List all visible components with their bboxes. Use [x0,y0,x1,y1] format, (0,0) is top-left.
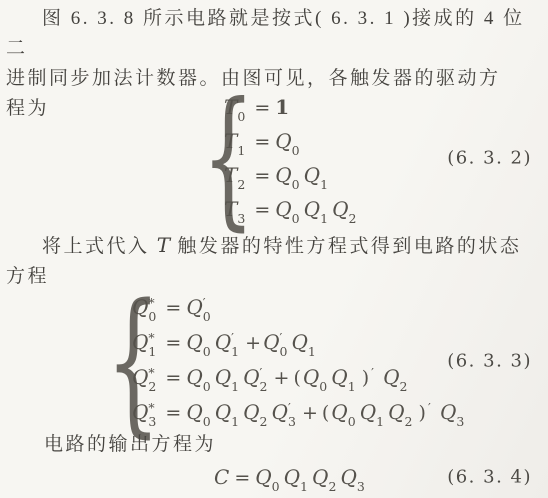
math-token: + [302,402,318,424]
equation-number-633: (6. 3. 3) [447,351,532,372]
math-supsub: 2 [348,200,358,224]
math-supsub: ′1 [231,333,241,357]
equation-line: Q*3=Q0Q1Q2Q′3+(Q0Q1Q2)′Q3 [132,395,548,430]
math-supsub: 0 [203,403,213,427]
equation-number-632: (6. 3. 2) [447,148,532,169]
math-token: Q [272,400,288,424]
math-token: Q [263,330,279,354]
math-token: Q [186,365,202,389]
math-supsub: 3 [456,403,466,427]
math-token: C [214,465,229,489]
math-token: Q [304,163,320,187]
equation-line: C=Q0Q1Q2Q3 [214,460,369,494]
equation-line: Q*0=Q′0 [132,290,548,325]
textbook-page: 图 6. 3. 8 所示电路就是按式( 6. 3. 1 )接成的 4 位二 进制… [0,0,548,498]
math-supsub: *1 [148,333,158,357]
math-token: Q [331,400,347,424]
math-token: Q [340,465,356,489]
math-supsub: 1 [320,200,330,224]
math-supsub: *0 [148,298,158,322]
math-supsub: 0 [348,403,358,427]
math-token: = [165,332,181,354]
math-token: Q [215,365,231,389]
math-supsub: 0 [203,368,213,392]
math-token: ) [419,402,426,424]
math-supsub: *2 [148,368,158,392]
math-supsub: ′0 [279,333,289,357]
equation-line: T0=1 [224,90,548,124]
math-supsub: 2 [237,166,247,190]
paragraph-line: 方程 [6,262,542,292]
paragraph-output: 电路的输出方程为 [44,430,542,460]
equation-number-634: (6. 3. 4) [447,467,532,488]
math-token: + [245,332,261,354]
math-supsub: 0 [203,333,213,357]
math-token: Q [303,365,319,389]
math-supsub: 3 [237,200,247,224]
equation-line: T3=Q0Q1Q2 [224,192,548,226]
math-token: T [224,129,237,153]
math-token: Q [304,197,320,221]
math-token: Q [331,365,347,389]
math-token: = [254,165,270,187]
math-supsub: 1 [320,166,330,190]
math-token: ( [293,367,300,389]
math-supsub: 0 [319,368,329,392]
math-token: Q [383,365,399,389]
math-token: Q [132,400,148,424]
math-supsub: 3 [357,468,367,492]
math-token: ( [322,402,329,424]
math-token: Q [243,365,259,389]
math-supsub: 2 [328,468,338,492]
math-token: = [165,367,181,389]
math-token: T [224,163,237,187]
math-token: Q [132,365,148,389]
math-supsub: 2 [405,403,415,427]
math-token: Q [360,400,376,424]
math-token: Q [275,129,291,153]
math-supsub: 1 [231,403,241,427]
math-token: 1 [275,95,289,119]
math-token: T [224,197,237,221]
math-supsub: 0 [292,200,302,224]
math-token: Q [186,330,202,354]
math-token: = [165,297,181,319]
equation-system-633: { Q*0=Q′0 Q*1=Q0Q′1+Q′0Q1 Q*2=Q0Q1Q′2+(Q… [106,290,548,432]
math-token: Q [332,197,348,221]
math-token: ) [362,367,369,389]
math-token: + [274,367,290,389]
math-token: T [224,95,237,119]
math-supsub: 1 [300,468,310,492]
math-supsub: 1 [308,333,318,357]
paragraph-line: 电路的输出方程为 [44,430,542,460]
variable-T: T [157,233,170,257]
equation-system-632: { T0=1 T1=Q0 T2=Q0Q1 T3=Q0Q1Q2 (6. 3. 2) [202,90,548,226]
math-supsub: *3 [148,403,158,427]
paragraph-line: 图 6. 3. 8 所示电路就是按式( 6. 3. 1 )接成的 4 位二 [6,4,542,64]
math-token: Q [186,400,202,424]
math-supsub: 1 [348,368,358,392]
text-run: 触发器的特性方程式得到电路的状态 [170,236,521,257]
math-supsub: 1 [237,132,247,156]
math-supsub: ′ [428,403,438,427]
math-supsub: 0 [272,468,282,492]
math-token: = [234,467,250,489]
math-token: Q [132,330,148,354]
math-token: Q [132,295,148,319]
math-supsub: ′0 [203,298,213,322]
math-token: Q [440,400,456,424]
math-supsub: 1 [376,403,386,427]
math-token: = [254,131,270,153]
math-token: Q [312,465,328,489]
math-supsub: 1 [231,368,241,392]
math-token: Q [186,295,202,319]
math-token: Q [243,400,259,424]
math-token: = [254,97,270,119]
math-token: Q [255,465,271,489]
math-token: Q [215,400,231,424]
math-supsub: 0 [237,98,247,122]
math-token: Q [215,330,231,354]
math-token: = [165,402,181,424]
math-token: Q [291,330,307,354]
math-token: Q [275,163,291,187]
math-token: Q [284,465,300,489]
math-supsub: ′ [371,368,381,392]
math-token: Q [275,197,291,221]
equation-634-row: C=Q0Q1Q2Q3 (6. 3. 4) [0,460,548,494]
math-token: Q [388,400,404,424]
math-supsub: 2 [260,403,270,427]
paragraph-substitute: 将上式代入 T 触发器的特性方程式得到电路的状态 方程 [6,230,542,292]
math-supsub: 0 [292,166,302,190]
paragraph-line: 将上式代入 T 触发器的特性方程式得到电路的状态 [6,230,542,262]
math-supsub: ′3 [288,403,298,427]
math-supsub: 0 [292,132,302,156]
math-supsub: 2 [400,368,410,392]
math-supsub: ′2 [260,368,270,392]
math-token: = [254,199,270,221]
text-run: 将上式代入 [42,236,157,257]
